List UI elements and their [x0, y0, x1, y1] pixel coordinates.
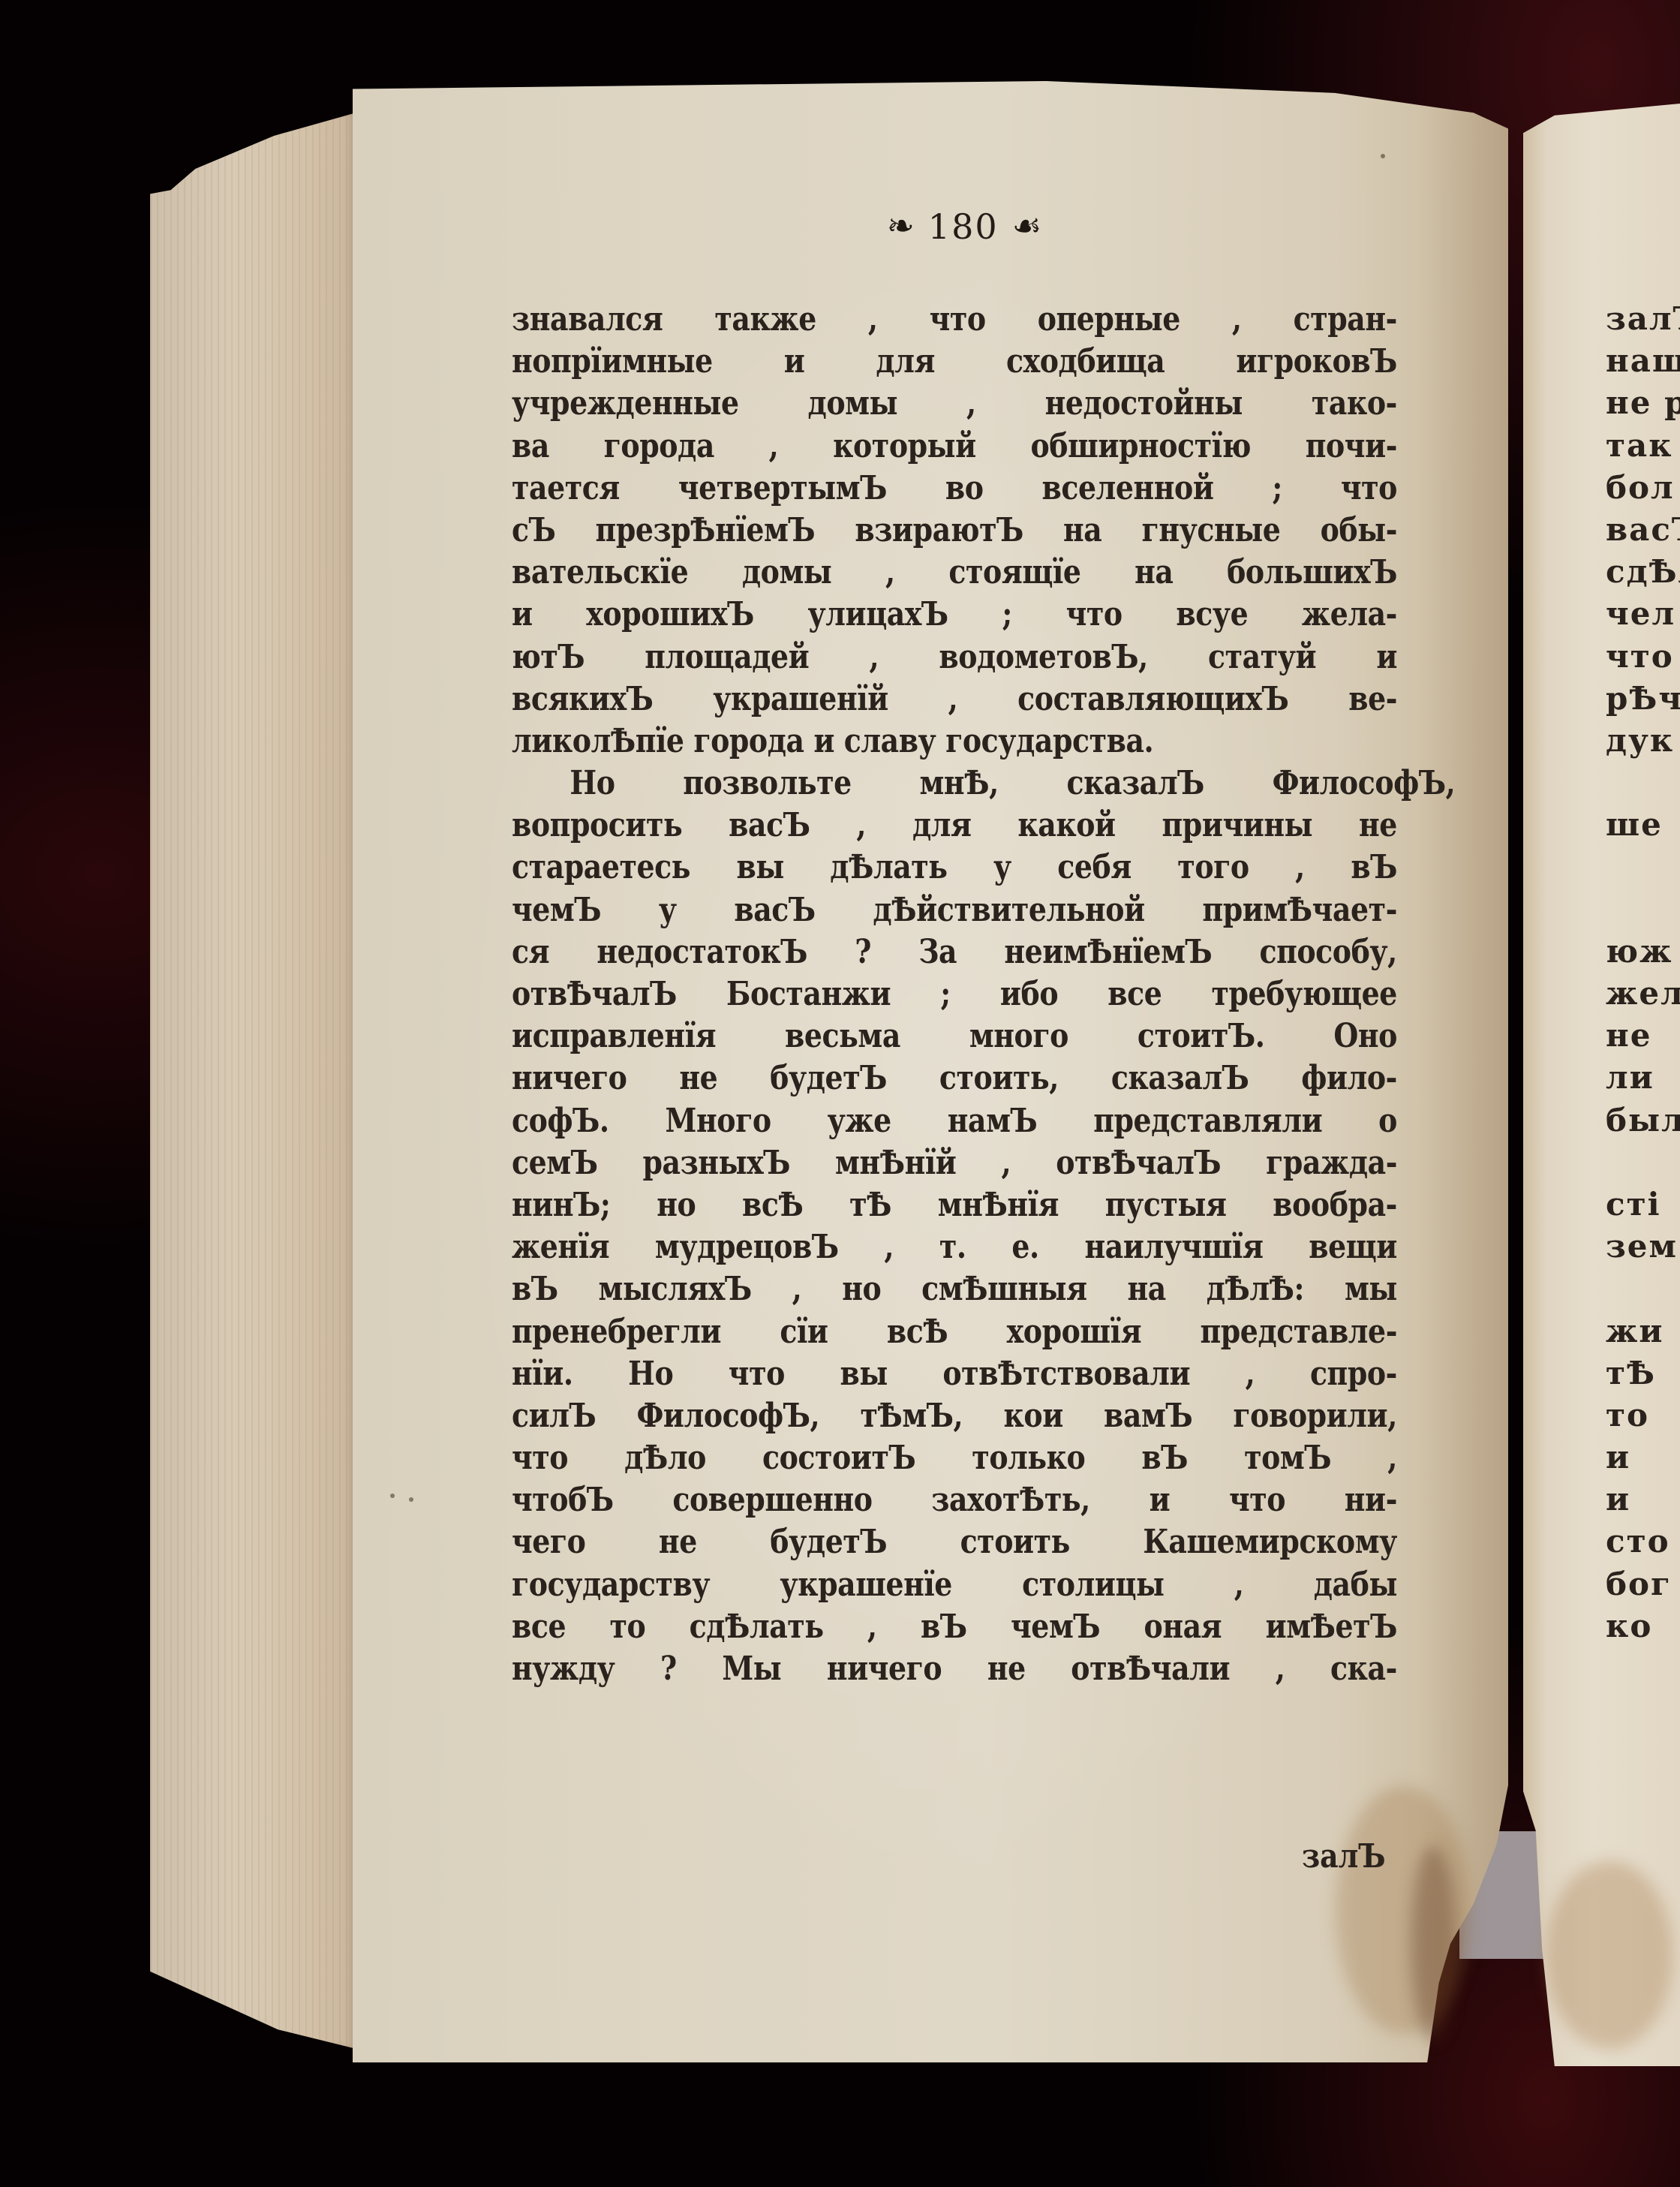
word: будетЪ [770, 1059, 887, 1097]
word: всѢ [887, 1313, 948, 1351]
text-line: силЪФилософЪ,тѢмЪ,коивамЪговорили, [512, 1397, 1397, 1439]
right-page-line-fragment: сті [1606, 1186, 1680, 1228]
text-line: сянедостатокЪ?ЗанеимѢнїемЪспособу, [512, 933, 1397, 975]
word: Кашемирскому [1143, 1523, 1397, 1561]
text-line: всетосдѢлать,вЪчемЪонаяимѢетЪ [512, 1608, 1397, 1650]
word: , [1001, 1144, 1011, 1182]
word: ФилософЪ, [636, 1397, 819, 1435]
word: водометовЪ, [939, 638, 1148, 676]
text-line: таетсячетвертымЪвовселенной;что [512, 469, 1397, 511]
word: все [1107, 975, 1162, 1013]
word: Много [666, 1102, 771, 1140]
word: ликолѢпїе [512, 722, 693, 760]
text-line: вагорода,которыйобширностїюпочи- [512, 427, 1397, 469]
word: какой [1017, 806, 1115, 844]
text-line: отвѢчалЪБостанжи;ибовсетребующее [512, 975, 1397, 1017]
word: почи- [1306, 427, 1397, 465]
word: , [1295, 848, 1305, 886]
word: сказалЪ [1066, 764, 1204, 802]
word: что [1066, 595, 1123, 633]
word: , [1232, 300, 1242, 338]
word: захотѢть, [931, 1481, 1090, 1519]
word: себя [1057, 848, 1132, 886]
word: вЪ [512, 1270, 558, 1308]
word: то [609, 1608, 645, 1646]
text-line: НопозвольтемнѢ,сказалЪФилософЪ, [512, 764, 1455, 806]
word: и [1376, 638, 1397, 676]
word: на [1063, 511, 1101, 549]
word: , [867, 1608, 877, 1646]
word: государству [512, 1566, 710, 1604]
text-line: ликолѢпїе города и славу государства. [512, 722, 1397, 764]
word: столицы [1022, 1566, 1164, 1604]
text-line: женїямудрецовЪ,т.е.наилучшїявещи [512, 1228, 1397, 1270]
word: кои [1004, 1397, 1063, 1435]
word: ве- [1348, 680, 1397, 718]
word: все [512, 1608, 566, 1646]
word: Оно [1333, 1017, 1397, 1055]
word: знавался [512, 300, 663, 338]
word: , [769, 427, 779, 465]
right-page-line-fragment [1606, 1144, 1680, 1186]
word: будетЪ [770, 1523, 887, 1561]
word: вамЪ [1104, 1397, 1192, 1435]
word: и [784, 342, 805, 381]
word: игроковЪ [1236, 342, 1397, 381]
word: хорошихЪ [586, 595, 754, 633]
word: и [813, 722, 843, 760]
word: отвѢчалЪ [1056, 1144, 1221, 1182]
text-line: пренебреглисїивсѢхорошїяпредставле- [512, 1313, 1397, 1355]
word: недостойны [1045, 384, 1243, 423]
text-line: ютЪплощадей,водометовЪ,статуйи [512, 638, 1397, 680]
word: нїи. [512, 1355, 573, 1393]
word: ? [855, 933, 871, 971]
text-line: нопрїимныеидлясходбищаигроковЪ [512, 342, 1397, 384]
word: у [993, 848, 1011, 886]
word: недостатокЪ [597, 933, 807, 971]
word: что [729, 1355, 785, 1393]
right-page-line-fragment: бол [1606, 469, 1680, 511]
word: васЪ [729, 806, 810, 844]
word: ; [940, 975, 951, 1013]
word: нинЪ; [512, 1186, 610, 1224]
word: у [659, 891, 677, 929]
fleuron-left-icon: ❧ [887, 210, 915, 243]
word: вательскїе [512, 553, 688, 591]
word: дѢйствительной [873, 891, 1144, 929]
right-page-line-fragment: рѢч [1606, 680, 1680, 722]
word: и [1150, 1481, 1171, 1519]
word: женїя [512, 1228, 609, 1266]
right-page-text-fragments: залЪнашне ртакболвасЪсдѢлчелчторѢчдукшею… [1606, 300, 1680, 1650]
right-page-line-fragment: зем [1606, 1228, 1680, 1270]
word: т. [939, 1228, 966, 1266]
word: чего [512, 1523, 585, 1561]
word: оная [1144, 1608, 1222, 1646]
right-page-line-fragment: чел [1606, 595, 1680, 637]
word: требующее [1211, 975, 1396, 1013]
word: ска- [1330, 1650, 1397, 1688]
word: , [948, 680, 958, 718]
word: что [1229, 1481, 1285, 1519]
text-line: знавалсятакже,чтооперные,стран- [512, 300, 1397, 342]
word: взираютЪ [855, 511, 1023, 549]
text-line: нинЪ;новсѢтѢмнѢнїяпустыявообра- [512, 1186, 1397, 1228]
word: ; [1272, 469, 1282, 507]
word: вселенной [1042, 469, 1214, 507]
word: , [1234, 1566, 1244, 1604]
word: стоящїе [948, 553, 1080, 591]
word: что [930, 300, 986, 338]
word: , [966, 384, 976, 423]
word: имѢетЪ [1266, 1608, 1397, 1646]
text-line: вопроситьвасЪ,длякакойпричиныне [512, 806, 1397, 848]
word: способу, [1259, 933, 1396, 971]
word: на [1135, 553, 1173, 591]
word: , [884, 1228, 894, 1266]
word: всякихЪ [512, 680, 653, 718]
word: чемЪ [1011, 1608, 1100, 1646]
word: ФилософЪ, [1273, 764, 1456, 802]
word: не [659, 1523, 697, 1561]
text-line: учрежденныедомы,недостойнытако- [512, 384, 1397, 426]
word: , [1387, 1439, 1397, 1477]
word: мнѢнїя [938, 1186, 1059, 1224]
word: города [693, 722, 813, 760]
word: и [512, 595, 533, 633]
word: города [604, 427, 714, 465]
word: , [1276, 1650, 1285, 1688]
right-page-line-fragment: ше [1606, 806, 1680, 848]
right-page-line-fragment: и [1606, 1439, 1680, 1481]
word: разныхЪ [642, 1144, 790, 1182]
word: украшенїй [713, 680, 888, 718]
right-page-line-fragment [1606, 848, 1680, 890]
word: статуй [1208, 638, 1316, 676]
word: для [912, 806, 972, 844]
word: о [1378, 1102, 1397, 1140]
word: стоитЪ. [1138, 1017, 1265, 1055]
word: вообра- [1273, 1186, 1397, 1224]
right-page-line-fragment: бог [1606, 1566, 1680, 1608]
word: говорили, [1233, 1397, 1397, 1435]
word: стараетесь [512, 848, 690, 886]
word: тако- [1312, 384, 1397, 423]
word: оперные [1038, 300, 1180, 338]
text-line: сЪпрезрѢнїемЪвзираютЪнагнусныеобы- [512, 511, 1397, 553]
word: вЪ [1351, 848, 1397, 886]
text-line: исправленїявесьмамногостоитЪ.Оно [512, 1017, 1397, 1059]
word: улицахЪ [808, 595, 948, 633]
word: не [1359, 806, 1397, 844]
word: стоить [960, 1523, 1070, 1561]
right-page-line-fragment: юж [1606, 933, 1680, 975]
text-line: нужду?МыничегонеотвѢчали,ска- [512, 1650, 1397, 1692]
word: , [792, 1270, 802, 1308]
word: дѢлать [830, 848, 947, 886]
word: обширностїю [1030, 427, 1251, 465]
right-page-line-fragment: ли [1606, 1059, 1680, 1101]
text-line: софЪ.МногоуженамЪпредставлялио [512, 1102, 1397, 1144]
text-line: стараетесьвыдѢлатьусебятого,вЪ [512, 848, 1397, 890]
right-page-line-fragment: наш [1606, 342, 1680, 384]
paper-speck [409, 1497, 413, 1502]
word: что [512, 1439, 568, 1477]
word: дѢлѢ: [1207, 1270, 1304, 1308]
word: мысляхЪ [599, 1270, 752, 1308]
word: площадей [645, 638, 809, 676]
word: отвѢчали [1071, 1650, 1230, 1688]
text-line: вательскїедомы,стоящїенабольшихЪ [512, 553, 1397, 595]
word: хорошїя [1007, 1313, 1141, 1351]
book-fore-edge [150, 113, 356, 2049]
word: уже [828, 1102, 891, 1140]
word: ничего [512, 1059, 627, 1097]
right-page-line-fragment [1606, 764, 1680, 806]
word: , [885, 553, 895, 591]
word: четвертымЪ [678, 469, 887, 507]
word: стоить, [939, 1059, 1059, 1097]
right-page-line-fragment: сдѢл [1606, 553, 1680, 595]
word: софЪ. [512, 1102, 609, 1140]
word: тѢмЪ, [860, 1397, 963, 1435]
word: Но [570, 764, 615, 802]
word: чемЪ [512, 891, 601, 929]
right-page-line-fragment [1606, 1270, 1680, 1312]
word: во [945, 469, 984, 507]
word: всуе [1176, 595, 1248, 633]
word: позвольте [683, 764, 852, 802]
text-line: ихорошихЪулицахЪ;чтовсуежела- [512, 595, 1397, 637]
word: васЪ [734, 891, 815, 929]
word: мы [1345, 1270, 1397, 1308]
word: спро- [1310, 1355, 1397, 1393]
right-page-line-fragment: залЪ [1606, 300, 1680, 342]
text-line: всякихЪукрашенїй,составляющихЪве- [512, 680, 1397, 722]
text-line: семЪразныхЪмнѢнїй,отвѢчалЪгражда- [512, 1144, 1397, 1186]
right-page-line-fragment: сто [1606, 1523, 1680, 1565]
text-line: ничегонебудетЪстоить,сказалЪфило- [512, 1059, 1397, 1101]
word: намЪ [948, 1102, 1038, 1140]
word: дѢло [624, 1439, 706, 1477]
word: государства. [945, 722, 1153, 760]
word: вЪ [921, 1608, 967, 1646]
word: также [714, 300, 816, 338]
word: гнусные [1142, 511, 1281, 549]
right-page-line-fragment: жи [1606, 1313, 1680, 1355]
word: ; [1002, 595, 1012, 633]
word: весьма [785, 1017, 900, 1055]
word: гражда- [1266, 1144, 1397, 1182]
word: ся [512, 933, 549, 971]
word: украшенїе [780, 1566, 952, 1604]
word: смѢшныя [921, 1270, 1086, 1308]
word: мудрецовЪ [655, 1228, 839, 1266]
right-page-line-fragment: был [1606, 1102, 1680, 1144]
word: презрѢнїемЪ [596, 511, 816, 549]
word: составляющихЪ [1017, 680, 1288, 718]
word: только [972, 1439, 1085, 1477]
right-page-line-fragment: не [1606, 1017, 1680, 1059]
word: мнѢнїй [835, 1144, 956, 1182]
word: на [1128, 1270, 1166, 1308]
word: , [1246, 1355, 1255, 1393]
word: тается [512, 469, 620, 507]
page-number: 180 [928, 206, 999, 247]
right-page-line-fragment: что [1606, 638, 1680, 680]
word: тѢ [849, 1186, 891, 1224]
text-line: чтодѢлосостоитЪтольковЪтомЪ, [512, 1439, 1397, 1481]
word: много [969, 1017, 1068, 1055]
word: большихЪ [1227, 553, 1397, 591]
text-line: чемЪувасЪдѢйствительнойпримѢчает- [512, 891, 1397, 933]
word: совершенно [672, 1481, 872, 1519]
word: но [657, 1186, 696, 1224]
word: семЪ [512, 1144, 597, 1182]
word: томЪ [1244, 1439, 1331, 1477]
right-page-line-fragment: васЪ [1606, 511, 1680, 553]
word: дабы [1314, 1566, 1397, 1604]
right-page-line-fragment: ко [1606, 1608, 1680, 1650]
running-head: ❧ 180 ☙ [837, 204, 1092, 249]
fleuron-right-icon: ☙ [1012, 210, 1041, 243]
text-line: нїи.НочтовыотвѢтствовали,спро- [512, 1355, 1397, 1397]
word: состоитЪ [762, 1439, 915, 1477]
word: неимѢнїемЪ [1004, 933, 1212, 971]
word: наилучшїя [1085, 1228, 1264, 1266]
text-line: вЪмысляхЪ,носмѢшныянадѢлѢ:мы [512, 1270, 1397, 1312]
word: фило- [1301, 1059, 1397, 1097]
word: сдѢлать [690, 1608, 824, 1646]
word: , [856, 806, 866, 844]
word: что [1341, 469, 1397, 507]
word: вы [736, 848, 783, 886]
text-line: государствуукрашенїестолицы,дабы [512, 1566, 1397, 1608]
word: чтобЪ [512, 1481, 614, 1519]
word: жела- [1302, 595, 1397, 633]
word: стран- [1294, 300, 1397, 338]
right-page-line-fragment: тѢ [1606, 1355, 1680, 1397]
word: вы [840, 1355, 887, 1393]
word: пренебрегли [512, 1313, 721, 1351]
word: который [833, 427, 976, 465]
word: всѢ [742, 1186, 803, 1224]
word: славу [844, 722, 945, 760]
word: сЪ [512, 511, 555, 549]
word: исправленїя [512, 1017, 716, 1055]
word: Бостанжи [726, 975, 891, 1013]
word: вещи [1309, 1228, 1397, 1266]
word: ва [512, 427, 549, 465]
word: представляли [1093, 1102, 1322, 1140]
word: ни- [1345, 1481, 1397, 1519]
word: ? [660, 1650, 677, 1688]
word: представле- [1200, 1313, 1396, 1351]
word: ибо [1000, 975, 1058, 1013]
right-page-line-fragment: и [1606, 1481, 1680, 1523]
word: домы [808, 384, 898, 423]
word: , [868, 300, 878, 338]
word: сїи [780, 1313, 828, 1351]
word: ничего [827, 1650, 942, 1688]
word: За [918, 933, 957, 971]
word: учрежденные [512, 384, 739, 423]
right-page-line-fragment: не р [1606, 384, 1680, 426]
word: отвѢтствовали [942, 1355, 1190, 1393]
paper-speck [1381, 154, 1385, 158]
word: , [869, 638, 879, 676]
word: пустыя [1105, 1186, 1227, 1224]
word: примѢчает- [1202, 891, 1397, 929]
body-text: знавалсятакже,чтооперные,стран-нопрїимны… [512, 300, 1397, 1692]
word: вопросить [512, 806, 682, 844]
text-line: чегонебудетЪстоитьКашемирскому [512, 1523, 1397, 1565]
word: мнѢ, [919, 764, 998, 802]
word: сходбища [1006, 342, 1165, 381]
word: е. [1011, 1228, 1038, 1266]
right-page-line-fragment [1606, 891, 1680, 933]
word: но [842, 1270, 881, 1308]
word: не [679, 1059, 717, 1097]
right-page-line-fragment: то [1606, 1397, 1680, 1439]
word: вЪ [1141, 1439, 1188, 1477]
text-line: чтобЪсовершеннозахотѢть,ичтони- [512, 1481, 1397, 1523]
word: нужду [512, 1650, 615, 1688]
word: нопрїимные [512, 342, 713, 381]
right-page-line-fragment: так [1606, 427, 1680, 469]
word: для [876, 342, 935, 381]
word: Но [628, 1355, 673, 1393]
paper-speck [390, 1494, 395, 1498]
word: сказалЪ [1111, 1059, 1249, 1097]
word: того [1177, 848, 1249, 886]
word: Мы [722, 1650, 781, 1688]
catchword: залЪ [1302, 1837, 1386, 1876]
word: не [987, 1650, 1026, 1688]
word: обы- [1321, 511, 1397, 549]
right-page-line-fragment: жел [1606, 975, 1680, 1017]
word: домы [742, 553, 832, 591]
word: отвѢчалЪ [512, 975, 677, 1013]
word: силЪ [512, 1397, 596, 1435]
word: причины [1162, 806, 1313, 844]
word: ютЪ [512, 638, 585, 676]
right-page-line-fragment: дук [1606, 722, 1680, 764]
